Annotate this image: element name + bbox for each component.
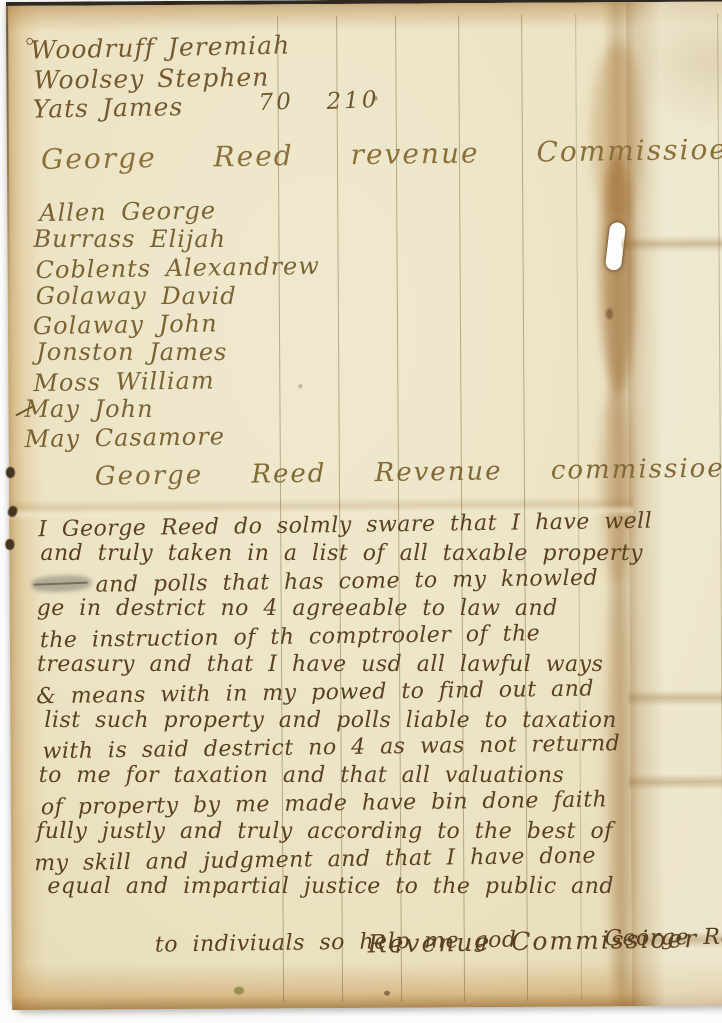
horizontal-crease (621, 235, 722, 252)
taxpayer-name: May Casamore (24, 421, 321, 454)
taxpayer-name: Golaway John (33, 308, 321, 341)
taxpayer-name-list: Allen George Burrass Elijah Coblents Ale… (29, 196, 321, 452)
oath-line: treasury and that I have usd all lawful … (37, 651, 656, 679)
oath-line: and polls that has come to my knowled (95, 563, 655, 599)
aged-top-edge (6, 1, 722, 32)
oath-line: I George Reed do solmly sware that I hav… (38, 508, 655, 544)
oath-line: and truly taken in a list of all taxable… (40, 540, 655, 568)
tax-value: 210 (326, 87, 380, 115)
edge-nick (5, 539, 14, 550)
edge-nick (6, 467, 15, 478)
tax-value: 70 (258, 89, 294, 116)
taxpayer-name: Burrass Elijah (33, 225, 319, 254)
taxpayer-name: Coblents Alexandrew (35, 251, 320, 284)
taxpayer-name: Allen George (39, 195, 320, 227)
signature-title: Revenue Commissioer (368, 924, 699, 958)
oath-line: & means with in my powed to find out and (36, 674, 656, 710)
section-heading-oath: George Reed Revenue commissioed (95, 453, 722, 491)
foxing-speck (384, 991, 390, 996)
entry-name: Yats James (32, 92, 183, 123)
paper-sheet: Woodruff Jeremiah Woolsey Stephen Yats J… (6, 0, 722, 1010)
entry-name: Woodruff Jeremiah (30, 30, 290, 64)
tear-spot (606, 308, 613, 319)
oath-paragraph: I George Reed do solmly sware that I hav… (35, 510, 658, 931)
document-scan: Woodruff Jeremiah Woolsey Stephen Yats J… (0, 0, 722, 1023)
edge-nick (7, 505, 19, 518)
oath-line: the instruction of th comptrooler of the (40, 619, 656, 655)
entry-name: Woolsey Stephen (33, 63, 269, 95)
paper-edge-line (6, 6, 10, 306)
oath-line: to me for taxation and that all valuatio… (39, 762, 657, 790)
corner-stain (606, 1, 722, 152)
taxpayer-name: Moss William (33, 365, 321, 398)
oath-line: fully justly and truly according to the … (36, 818, 657, 846)
fold-stain (599, 152, 636, 392)
oath-line: with is said destrict no 4 as was not re… (42, 730, 656, 766)
tear-hole (605, 222, 626, 272)
taxpayer-name: Jonston James (36, 338, 320, 367)
taxpayer-name: Golaway David (36, 282, 320, 311)
taxpayer-name: May John (24, 395, 320, 424)
foxing-speck (234, 987, 244, 995)
section-heading-commissioned: George Reed revenue Commissioed (41, 132, 722, 175)
fold-stain (592, 42, 645, 222)
oath-line: of property by me made have bin done fai… (41, 786, 657, 822)
